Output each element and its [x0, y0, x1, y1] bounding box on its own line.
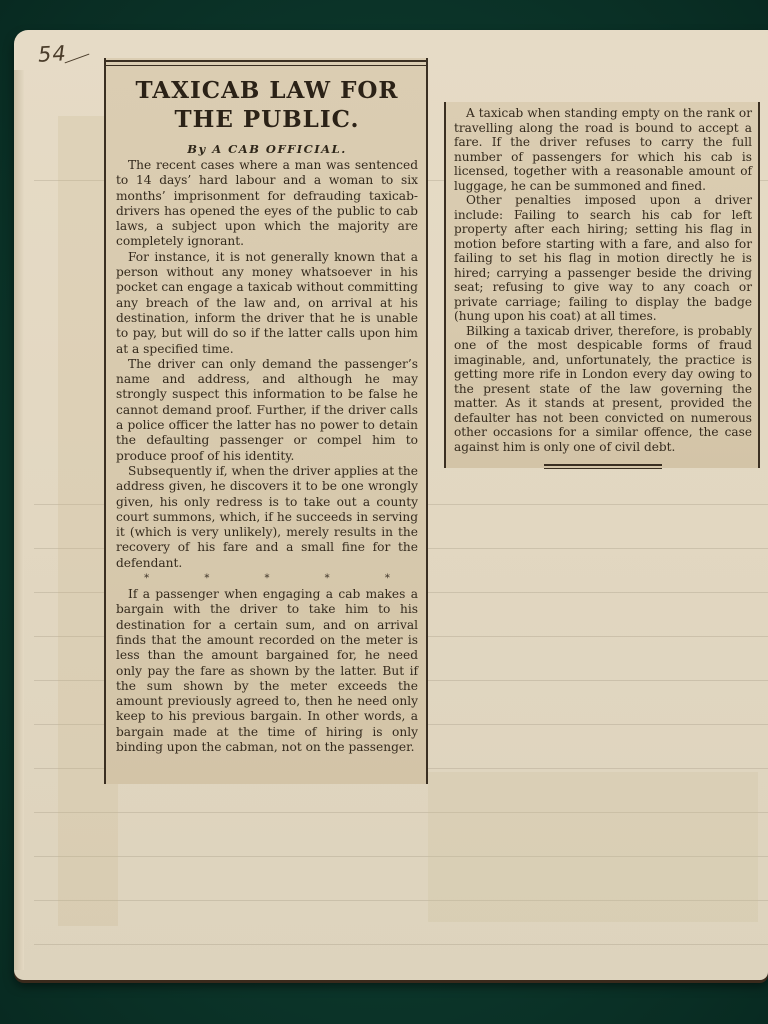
headline-line-1: TAXICAB LAW FOR — [116, 76, 418, 105]
page-number-underline — [65, 54, 90, 64]
paragraph: Other penalties imposed upon a driver in… — [454, 193, 752, 324]
section-break: * * * * * — [116, 571, 418, 587]
headline: TAXICAB LAW FOR THE PUBLIC. — [116, 76, 418, 134]
article-clipping-left: TAXICAB LAW FOR THE PUBLIC. By A CAB OFF… — [104, 58, 428, 784]
headline-line-2: THE PUBLIC. — [116, 105, 418, 134]
page-edge — [14, 70, 24, 970]
ruled-line — [34, 944, 768, 945]
article-clipping-right: A taxicab when standing empty on the ran… — [444, 102, 760, 468]
paragraph: Bilking a taxicab driver, therefore, is … — [454, 324, 752, 455]
paragraph: The recent cases where a man was sentenc… — [116, 158, 418, 250]
paragraph: A taxicab when standing empty on the ran… — [454, 106, 752, 193]
end-rule — [544, 464, 662, 469]
paragraph: Subsequently if, when the driver applies… — [116, 464, 418, 571]
page-number: 54 — [37, 41, 67, 66]
paragraph: The driver can only demand the passenger… — [116, 357, 418, 464]
glue-stain — [428, 772, 758, 922]
top-rule — [106, 60, 426, 66]
scrapbook-page: 54 TAXICAB LAW FOR THE PUBLIC. By A CAB … — [14, 30, 768, 980]
paragraph: If a passenger when engaging a cab makes… — [116, 587, 418, 755]
paragraph: For instance, it is not generally known … — [116, 250, 418, 357]
byline: By A CAB OFFICIAL. — [116, 142, 418, 156]
